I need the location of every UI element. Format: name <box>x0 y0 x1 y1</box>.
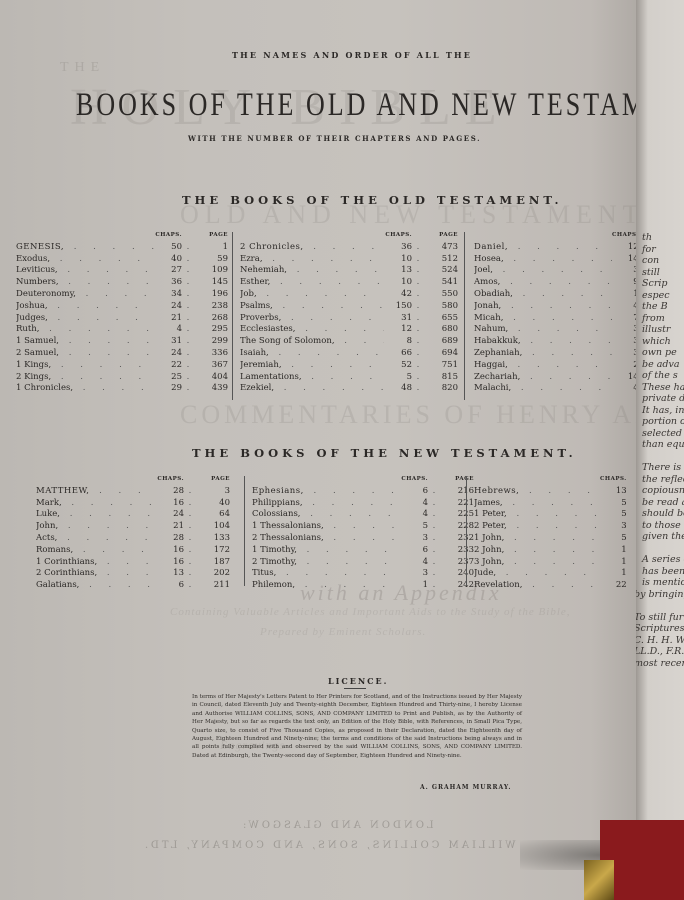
chapter-count: 7 <box>612 313 639 325</box>
col-head-chaps: CHAPS. <box>156 474 184 486</box>
facing-page-line: to those portion <box>642 520 684 532</box>
page-title: BOOKS OF THE OLD AND NEW TESTAMENTS, <box>76 86 684 124</box>
chapter-count: 6 <box>400 545 428 557</box>
dot-leader: . . . . . . <box>97 557 156 567</box>
book-row: Philippians, . . . . . .4.221 <box>252 498 474 510</box>
facing-page-line: private d <box>642 393 684 405</box>
book-name: Micah, <box>474 313 503 323</box>
book-name: 1 Thessalonians, <box>252 521 324 531</box>
new-testament-heading: THE BOOKS OF THE NEW TESTAMENT. <box>192 446 577 460</box>
chapter-count: 13 <box>600 486 627 498</box>
facing-page-line: of the s <box>642 370 684 382</box>
book-row: 1 Timothy, . . . . . .6.233 <box>252 545 474 557</box>
book-name: Joshua, <box>16 301 48 311</box>
old-testament-heading: THE BOOKS OF THE OLD TESTAMENT. <box>182 193 563 207</box>
book-name: 1 Corinthians, <box>36 557 97 567</box>
dot-leader: . . . . . . <box>89 486 156 496</box>
column-divider <box>244 476 245 586</box>
book-row: Proverbs, . . . . . .31.655 <box>240 313 458 325</box>
book-name: Titus, <box>252 568 276 578</box>
dot-leader: . . . . . . <box>263 254 379 264</box>
page-number: 3 <box>196 486 230 498</box>
page-number: 133 <box>196 533 230 545</box>
book-name: Nehemiah, <box>240 265 287 275</box>
dot-leader: . . . . . . <box>303 498 400 508</box>
book-name: 2 Thessalonians, <box>252 533 324 543</box>
page-number: 237 <box>440 557 474 569</box>
book-name: Malachi, <box>474 383 511 393</box>
chapter-count: 52 <box>384 360 412 372</box>
book-name: Job, <box>240 289 257 299</box>
book-row: Luke, . . . . . .24.64 <box>36 509 230 521</box>
dot-leader: . . . . . . <box>501 301 612 311</box>
chapter-count: 25 <box>154 372 182 384</box>
book-row: Romans, . . . . . .16.172 <box>36 545 230 557</box>
book-row: Nehemiah, . . . . . .13.524 <box>240 265 458 277</box>
chapter-count: 5 <box>384 372 412 384</box>
chapter-count: 8 <box>384 336 412 348</box>
book-name: Ruth, <box>16 324 39 334</box>
chapter-count: 50 <box>154 242 182 254</box>
page-number: 104 <box>196 521 230 533</box>
facing-page-line: These ha <box>642 382 684 394</box>
page-number: 211 <box>196 580 230 592</box>
col-head-chaps: CHAPS. <box>384 230 412 242</box>
col-head-chaps: CHAPS. <box>612 230 639 242</box>
facing-page-line: has been intersp <box>642 566 684 578</box>
col-head-page: PAGE <box>440 474 474 486</box>
book-row: Job, . . . . . .42.550 <box>240 289 458 301</box>
chapter-count: 1 <box>600 557 627 569</box>
chapter-count: 10 <box>384 277 412 289</box>
book-row: Psalms, . . . . . .150.580 <box>240 301 458 313</box>
page-number: 109 <box>194 265 228 277</box>
bleed-through-top: THE <box>60 60 105 76</box>
facing-page-line: portion of <box>642 416 684 428</box>
dot-leader: . . . . . . <box>48 313 154 323</box>
page-number: 367 <box>194 360 228 372</box>
book-name: James, <box>474 498 503 508</box>
book-row: Mark, . . . . . .16.40 <box>36 498 230 510</box>
book-name: Deuteronomy, <box>16 289 76 299</box>
book-row: Lamentations, . . . . . .5.815 <box>240 372 458 384</box>
page-number: 473 <box>424 242 458 254</box>
chapter-count: 10 <box>384 254 412 266</box>
page-number: 232 <box>440 533 474 545</box>
book-name: Amos, <box>474 277 500 287</box>
book-name: Isaiah, <box>240 348 269 358</box>
facing-page-line: own pe <box>642 347 684 359</box>
facing-page-line: C. H. H. WRIGHT, <box>636 635 684 647</box>
book-row: 2 Corinthians, . . . . . .13.202 <box>36 568 230 580</box>
facing-page-line: for <box>642 244 684 256</box>
facing-page-line: most recent researche <box>636 658 684 670</box>
facing-page-line: is mentioned in th <box>642 577 684 589</box>
book-row: Leviticus, . . . . . .27.109 <box>16 265 228 277</box>
subtitle: WITH THE NUMBER OF THEIR CHAPTERS AND PA… <box>188 134 481 143</box>
book-row: Esther, . . . . . .10.541 <box>240 277 458 289</box>
chapter-count: 6 <box>156 580 184 592</box>
page-number: 196 <box>194 289 228 301</box>
book-row: Ezra, . . . . . .10.512 <box>240 254 458 266</box>
page-number: 336 <box>194 348 228 360</box>
dot-leader: . . . . . . <box>503 498 600 508</box>
book-name: 2 Corinthians, <box>36 568 97 578</box>
facing-page-line: espec <box>642 290 684 302</box>
chapter-count: 6 <box>400 486 428 498</box>
page-number: 550 <box>424 289 458 301</box>
book-row: James, . . . . . .5 <box>474 498 627 510</box>
facing-page-line: which <box>642 336 684 348</box>
book-row: 2 Peter, . . . . . .3 <box>474 521 627 533</box>
dot-leader: . . . . . . <box>48 301 154 311</box>
book-name: MATTHEW, <box>36 486 89 496</box>
col-head-page: PAGE <box>194 230 228 242</box>
book-name: 2 Kings, <box>16 372 51 382</box>
chapter-count: 3 <box>400 568 428 580</box>
page-number: 145 <box>194 277 228 289</box>
chapter-count: 4 <box>400 509 428 521</box>
book-name: Revelation, <box>474 580 522 590</box>
book-row: 2 Thessalonians, . . . . . .3.232 <box>252 533 474 545</box>
book-name: 1 Chronicles, <box>16 383 73 393</box>
licence-body: In terms of Her Majesty's Letters Patent… <box>192 693 522 760</box>
book-row: Joel, . . . . . .3 <box>474 265 639 277</box>
dot-leader: . . . . . . <box>59 277 154 287</box>
book-row: Amos, . . . . . .9 <box>474 277 639 289</box>
chapter-count: 9 <box>612 277 639 289</box>
chapter-count: 1 <box>600 545 627 557</box>
book-name: Numbers, <box>16 277 59 287</box>
facing-page-line: by bringing before <box>636 589 684 601</box>
book-row: Deuteronomy, . . . . . .34.196 <box>16 289 228 301</box>
book-name: 1 Peter, <box>474 509 507 519</box>
chapter-count: 4 <box>612 383 639 395</box>
page-number: 172 <box>196 545 230 557</box>
book-name: GENESIS, <box>16 242 64 252</box>
book-name: Colossians, <box>252 509 301 519</box>
book-row: 1 John, . . . . . .5 <box>474 533 627 545</box>
book-name: The Song of Solomon, <box>240 336 335 346</box>
col-head-page: PAGE <box>424 230 458 242</box>
book-row: Acts, . . . . . .28.133 <box>36 533 230 545</box>
chapter-count: 3 <box>400 533 428 545</box>
book-row: Isaiah, . . . . . .66.694 <box>240 348 458 360</box>
bleed-through-line4: Containing Valuable Articles and Importa… <box>170 606 571 618</box>
book-name: Romans, <box>36 545 73 555</box>
book-row: John, . . . . . .21.104 <box>36 521 230 533</box>
chapter-count: 3 <box>612 324 639 336</box>
dot-leader: . . . . . . <box>276 568 392 578</box>
dot-leader: . . . . . . <box>504 533 600 543</box>
dot-leader: . . . . . . <box>274 383 384 393</box>
book-name: 3 John, <box>474 557 504 567</box>
chapter-count: 24 <box>154 348 182 360</box>
page-number: 439 <box>194 383 228 395</box>
page-number: 1 <box>194 242 228 254</box>
dot-leader: . . . . . . <box>297 545 400 555</box>
chapter-count: 4 <box>400 498 428 510</box>
book-name: Proverbs, <box>240 313 281 323</box>
book-name: Ezekiel, <box>240 383 274 393</box>
page-number: 541 <box>424 277 458 289</box>
book-row: 2 Kings, . . . . . .25.404 <box>16 372 228 384</box>
dot-leader: . . . . . . <box>503 313 612 323</box>
chapter-count: 28 <box>156 533 184 545</box>
dot-leader: . . . . . . <box>287 265 384 275</box>
dot-leader: . . . . . . <box>508 324 612 334</box>
page-number: 228 <box>440 521 474 533</box>
dot-leader: . . . . . . <box>39 324 154 334</box>
book-row: 2 Samuel, . . . . . .24.336 <box>16 348 228 360</box>
book-name: 2 John, <box>474 545 504 555</box>
chapter-count: 13 <box>156 568 184 580</box>
facing-page-line: th <box>642 232 684 244</box>
page-number: 268 <box>194 313 228 325</box>
book-row: Hebrews, . . . . . .13 <box>474 486 627 498</box>
dot-leader: . . . . . . <box>519 486 600 496</box>
book-row: Zechariah, . . . . . .14 <box>474 372 639 384</box>
chapter-count: 2 <box>612 360 639 372</box>
book-name: Acts, <box>36 533 57 543</box>
facing-page-line: still <box>642 267 684 279</box>
book-name: 2 Chronicles, <box>240 242 304 252</box>
book-name: 1 John, <box>474 533 504 543</box>
page-number: 655 <box>424 313 458 325</box>
page-number: 680 <box>424 324 458 336</box>
new-testament-column-3: CHAPS. Hebrews, . . . . . .13James, . . … <box>474 474 627 592</box>
book-name: Luke, <box>36 509 60 519</box>
book-name: 1 Timothy, <box>252 545 297 555</box>
dot-leader: . . . . . . <box>504 557 600 567</box>
dot-leader: . . . . . . <box>335 336 384 346</box>
chapter-count: 48 <box>384 383 412 395</box>
dot-leader: . . . . . . <box>270 277 384 287</box>
facing-page-line: It has, in <box>642 405 684 417</box>
chapter-count: 150 <box>384 301 412 313</box>
book-row: Galatians, . . . . . .6.211 <box>36 580 230 592</box>
page-number: 689 <box>424 336 458 348</box>
chapter-count: 14 <box>612 254 639 266</box>
page-number: 524 <box>424 265 458 277</box>
chapter-count: 1 <box>612 289 639 301</box>
facing-page-line: Scriptures is given <box>636 623 684 635</box>
dot-leader: . . . . . . <box>508 360 612 370</box>
book-row: Haggai, . . . . . .2 <box>474 360 639 372</box>
dot-leader: . . . . . . <box>493 265 609 275</box>
page-number: 187 <box>196 557 230 569</box>
facing-page-line <box>636 600 684 612</box>
chapter-count: 4 <box>154 324 182 336</box>
dot-leader: . . . . . . <box>297 557 400 567</box>
facing-page-line <box>642 543 684 555</box>
page-number: 820 <box>424 383 458 395</box>
book-name: Philippians, <box>252 498 303 508</box>
dot-leader: . . . . . . <box>58 265 154 275</box>
page-number: 221 <box>440 498 474 510</box>
page-number: 404 <box>194 372 228 384</box>
book-row: Obadiah, . . . . . .1 <box>474 289 639 301</box>
page-number: 233 <box>440 545 474 557</box>
chapter-count: 66 <box>384 348 412 360</box>
facing-page: thforconstillScripespecthe Bfromillustrw… <box>636 0 684 840</box>
chapter-count: 5 <box>600 498 627 510</box>
dot-leader: . . . . . . <box>507 521 600 531</box>
chapter-count: 12 <box>384 324 412 336</box>
chapter-count: 5 <box>600 533 627 545</box>
facing-page-line: To still furth <box>636 612 684 624</box>
facing-page-line: the reflection <box>642 474 684 486</box>
book-name: Hebrews, <box>474 486 519 496</box>
book-row: Philemon, . . . . . .1.242 <box>252 580 474 592</box>
chapter-count: 42 <box>384 289 412 301</box>
chapter-count: 28 <box>156 486 184 498</box>
book-row: 1 Chronicles, . . . . . .29.439 <box>16 383 228 395</box>
chapter-count: 27 <box>154 265 182 277</box>
dot-leader: . . . . . . <box>50 254 154 264</box>
chapter-count: 22 <box>154 360 182 372</box>
col-head-page: PAGE <box>196 474 230 486</box>
old-testament-column-3: CHAPS. Daniel, . . . . . .12Hosea, . . .… <box>474 230 639 395</box>
licence-signature: A. GRAHAM MURRAY. <box>420 784 511 791</box>
chapter-count: 40 <box>154 254 182 266</box>
imprint-bleed-line2: WILLIAM COLLINS, SONS, AND COMPANY, LTD. <box>142 840 515 851</box>
page-number: 580 <box>424 301 458 313</box>
book-name: Obadiah, <box>474 289 513 299</box>
book-row: Exodus, . . . . . .40.59 <box>16 254 228 266</box>
dot-leader: . . . . . . <box>521 336 612 346</box>
book-row: Colossians, . . . . . .4.225 <box>252 509 474 521</box>
chapter-count: 34 <box>154 289 182 301</box>
dot-leader: . . . . . . <box>504 545 600 555</box>
facing-page-line: the B <box>642 301 684 313</box>
book-row: Habakkuk, . . . . . .3 <box>474 336 639 348</box>
facing-page-line: be adva <box>642 359 684 371</box>
book-row: Ecclesiastes, . . . . . .12.680 <box>240 324 458 336</box>
book-name: Judges, <box>16 313 48 323</box>
dot-leader: . . . . . . <box>295 580 400 590</box>
dot-leader: . . . . . . <box>304 486 400 496</box>
book-name: Hosea, <box>474 254 504 264</box>
book-name: Galatians, <box>36 580 79 590</box>
dot-leader: . . . . . . <box>513 289 612 299</box>
dot-leader: . . . . . . <box>520 372 612 382</box>
dot-leader: . . . . . . <box>282 360 384 370</box>
book-name: 2 Timothy, <box>252 557 297 567</box>
chapter-count: 3 <box>612 348 639 360</box>
book-row: 3 John, . . . . . .1 <box>474 557 627 569</box>
page-number: 59 <box>194 254 228 266</box>
dot-leader: . . . . . . <box>324 521 400 531</box>
licence-heading: LICENCE. <box>328 676 388 686</box>
facing-page-text: thforconstillScripespecthe Bfromillustrw… <box>642 232 684 669</box>
bible-page: THE HOLY BIBLE OLD AND NEW TESTAMENTS CO… <box>0 0 656 900</box>
chapter-count: 16 <box>156 498 184 510</box>
facing-page-line: There is <box>642 462 684 474</box>
new-testament-column-2: CHAPS.PAGE Ephesians, . . . . . .6.216Ph… <box>252 474 474 592</box>
chapter-count: 5 <box>400 521 428 533</box>
book-row: Titus, . . . . . .3.240 <box>252 568 474 580</box>
chapter-count: 29 <box>154 383 182 395</box>
chapter-count: 3 <box>600 521 627 533</box>
book-row: GENESIS, . . . . . .50.1 <box>16 242 228 254</box>
book-name: Jeremiah, <box>240 360 282 370</box>
book-row: Numbers, . . . . . .36.145 <box>16 277 228 289</box>
dot-leader: . . . . . . <box>507 509 600 519</box>
book-row: Ephesians, . . . . . .6.216 <box>252 486 474 498</box>
column-divider <box>464 232 465 400</box>
book-name: Psalms, <box>240 301 273 311</box>
facing-page-line: given the cream <box>642 531 684 543</box>
dot-leader: . . . . . . <box>500 277 612 287</box>
page-number: 240 <box>440 568 474 580</box>
book-row: Hosea, . . . . . .14 <box>474 254 639 266</box>
bleed-through-line5: Prepared by Eminent Scholars. <box>260 626 426 638</box>
old-testament-column-1: CHAPS.PAGE GENESIS, . . . . . .50.1Exodu… <box>16 230 228 395</box>
book-row: Joshua, . . . . . .24.238 <box>16 301 228 313</box>
book-row: 1 Kings, . . . . . .22.367 <box>16 360 228 372</box>
dot-leader: . . . . . . <box>504 254 612 264</box>
book-row: Micah, . . . . . .7 <box>474 313 639 325</box>
book-name: Joel, <box>474 265 493 275</box>
book-name: Leviticus, <box>16 265 58 275</box>
chapter-count: 31 <box>384 313 412 325</box>
page-number: 242 <box>440 580 474 592</box>
dot-leader: . . . . . . <box>79 580 156 590</box>
dot-leader: . . . . . . <box>522 348 612 358</box>
book-name: Esther, <box>240 277 270 287</box>
book-name: Mark, <box>36 498 62 508</box>
facing-page-line: from <box>642 313 684 325</box>
facing-page-line: than equal t <box>642 439 684 451</box>
book-row: Ezekiel, . . . . . .48.820 <box>240 383 458 395</box>
chapter-count: 31 <box>154 336 182 348</box>
chapter-count: 22 <box>600 580 627 592</box>
page-number: 751 <box>424 360 458 372</box>
chapter-count: 21 <box>156 521 184 533</box>
chapter-count: 4 <box>400 557 428 569</box>
dot-leader: . . . . . . <box>301 509 400 519</box>
book-row: 1 Samuel, . . . . . .31.299 <box>16 336 228 348</box>
page-number: 512 <box>424 254 458 266</box>
page-number: 694 <box>424 348 458 360</box>
facing-page-line: A series of <box>642 554 684 566</box>
dot-leader: . . . . . . <box>60 509 156 519</box>
book-name: Lamentations, <box>240 372 302 382</box>
chapter-count: 13 <box>384 265 412 277</box>
dot-leader: . . . . . . <box>51 360 154 370</box>
imprint-bleed-line1: LONDON AND GLASGOW: <box>240 820 434 831</box>
dot-leader: . . . . . . <box>64 242 154 252</box>
facing-page-line: copiousness of <box>642 485 684 497</box>
book-row: Jonah, . . . . . .4 <box>474 301 639 313</box>
book-row: Revelation, . . . . . .22 <box>474 580 627 592</box>
book-name: Exodus, <box>16 254 50 264</box>
book-row: The Song of Solomon, . . . . . .8.689 <box>240 336 458 348</box>
facing-page-line: con <box>642 255 684 267</box>
chapter-count: 5 <box>600 509 627 521</box>
dot-leader: . . . . . . <box>58 521 156 531</box>
book-name: Haggai, <box>474 360 508 370</box>
book-row: Zephaniah, . . . . . .3 <box>474 348 639 360</box>
book-row: 1 Peter, . . . . . .5 <box>474 509 627 521</box>
col-head-chaps: CHAPS. <box>154 230 182 242</box>
page-number: 225 <box>440 509 474 521</box>
chapter-count: 3 <box>612 336 639 348</box>
book-name: Jonah, <box>474 301 501 311</box>
book-name: Philemon, <box>252 580 295 590</box>
chapter-count: 21 <box>154 313 182 325</box>
